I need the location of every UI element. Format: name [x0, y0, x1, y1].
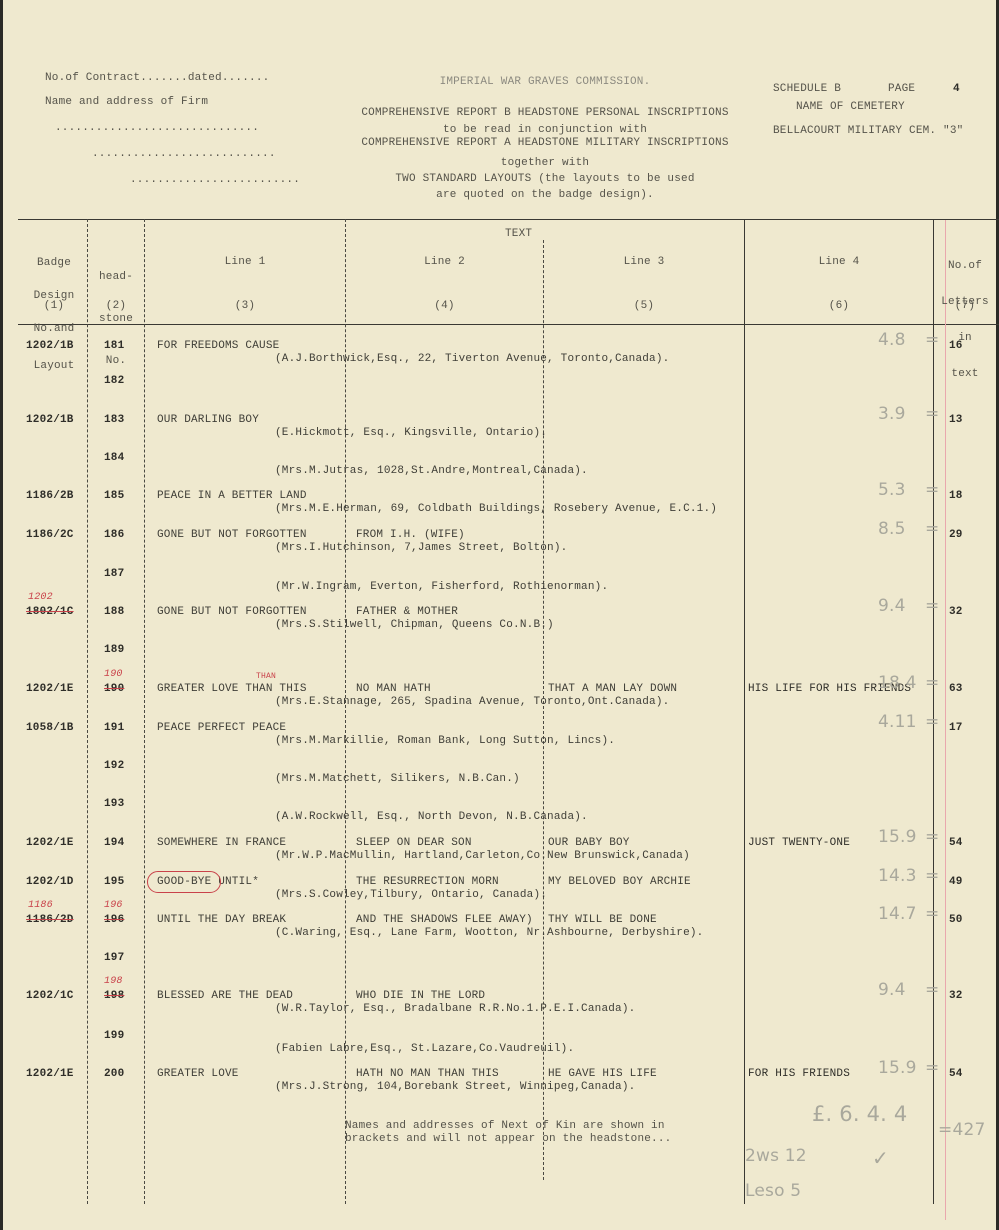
next-of-kin-cell: (Mr.W.P.MacMullin, Hartland,Carleton,Co.…: [275, 850, 690, 862]
letter-count-cell: 54: [949, 837, 963, 849]
report-line-6: are quoted on the badge design).: [330, 189, 760, 201]
line3-cell: OUR BABY BOY: [548, 837, 630, 849]
headstone-correction: 198: [104, 976, 123, 988]
letter-count-cell: 50: [949, 914, 963, 926]
next-of-kin-cell: (Mr.W.Ingram, Everton, Fisherford, Rothi…: [275, 581, 608, 593]
col-header-stone-l1: head-: [88, 270, 144, 284]
letter-count-cell: 63: [949, 683, 963, 695]
line1-cell: GONE BUT NOT FORGOTTEN: [157, 529, 307, 541]
pencil-calc: 4.8: [878, 334, 906, 346]
pencil-calc: 14.7: [878, 908, 917, 920]
pencil-equals: =: [925, 677, 939, 689]
col-header-line4: Line 4: [745, 256, 933, 268]
headstone-number-cell: 189: [104, 644, 124, 656]
line1-cell: GREATER LOVE: [157, 1068, 239, 1080]
next-of-kin-cell: (Mrs.M.Jutras, 1028,St.Andre,Montreal,Ca…: [275, 465, 588, 477]
firm-dots-2: ...........................: [92, 148, 276, 160]
pencil-calc: 18.4: [878, 677, 917, 689]
col-header-badge-l3: No.and: [20, 324, 88, 335]
pencil-calc: 15.9: [878, 1062, 917, 1074]
table-header-rule: [18, 324, 999, 325]
report-line-2: to be read in conjunction with: [330, 124, 760, 136]
badge-design-cell: 1202/1D: [26, 876, 74, 888]
table-top-rule: [18, 219, 999, 220]
headstone-number-cell: 198: [104, 990, 124, 1002]
pencil-equals: =: [925, 600, 939, 612]
next-of-kin-cell: (Mrs.S.Cowley,Tilbury, Ontario, Canada).: [275, 889, 547, 901]
total-letters: =427: [938, 1124, 986, 1136]
next-of-kin-cell: (A.J.Borthwick,Esq., 22, Tiverton Avenue…: [275, 353, 669, 365]
badge-correction: 1186: [28, 900, 53, 912]
headstone-number-cell: 192: [104, 760, 124, 772]
col-header-stone: head- stone No.: [88, 242, 144, 382]
col-header-line2: Line 2: [346, 256, 543, 268]
letter-count-cell: 32: [949, 606, 963, 618]
next-of-kin-cell: (Mrs.M.Matchett, Silikers, N.B.Can.): [275, 773, 520, 785]
line3-cell: THAT A MAN LAY DOWN: [548, 683, 677, 695]
pencil-equals: =: [925, 484, 939, 496]
col-header-badge-l4: Layout: [20, 361, 88, 372]
pencil-equals: =: [925, 1062, 939, 1074]
footnote-line-1: Names and addresses of Next of Kin are s…: [345, 1120, 665, 1132]
pencil-calc: 9.4: [878, 984, 906, 996]
col-header-letters-l4: text: [934, 368, 996, 380]
firm-dots-1: ..............................: [55, 122, 259, 134]
letter-count-cell: 54: [949, 1068, 963, 1080]
col-header-badge-num: (1): [20, 300, 88, 312]
pencil-equals: =: [925, 831, 939, 843]
headstone-number-cell: 181: [104, 340, 124, 352]
headstone-number-cell: 184: [104, 452, 124, 464]
pencil-calc: 3.9: [878, 408, 906, 420]
headstone-number-cell: 194: [104, 837, 124, 849]
col-header-line3-num: (5): [544, 300, 744, 312]
next-of-kin-cell: (Mrs.S.Stilwell, Chipman, Queens Co.N.B.…: [275, 619, 554, 631]
line1-cell: UNTIL THE DAY BREAK: [157, 914, 286, 926]
line1-cell: PEACE IN A BETTER LAND: [157, 490, 307, 502]
firm-label: Name and address of Firm: [45, 96, 208, 108]
next-of-kin-cell: (C.Waring, Esq., Lane Farm, Wootton, Nr.…: [275, 927, 703, 939]
headstone-number-cell: 188: [104, 606, 124, 618]
next-of-kin-cell: (Mrs.I.Hutchinson, 7,James Street, Bolto…: [275, 542, 567, 554]
check-mark-icon: ✓: [872, 1152, 889, 1164]
col-header-line3: Line 3: [544, 256, 744, 268]
headstone-number-cell: 191: [104, 722, 124, 734]
headstone-correction: 190: [104, 669, 123, 681]
next-of-kin-cell: (Mrs.M.Markillie, Roman Bank, Long Sutto…: [275, 735, 615, 747]
page-edge-left: [0, 0, 3, 1230]
line2-cell: FROM I.H. (WIFE): [356, 529, 465, 541]
headstone-number-cell: 195: [104, 876, 124, 888]
col-divider-2: [144, 219, 145, 1204]
line1-cell: OUR DARLING BOY: [157, 414, 259, 426]
col-header-line1-num: (3): [145, 300, 345, 312]
headstone-number-cell: 190: [104, 683, 124, 695]
contract-line: No.of Contract.......dated.......: [45, 72, 269, 84]
letter-count-cell: 17: [949, 722, 963, 734]
badge-design-cell: 1802/1C: [26, 606, 74, 618]
pencil-equals: =: [925, 984, 939, 996]
next-of-kin-cell: (W.R.Taylor, Esq., Bradalbane R.R.No.1.P…: [275, 1003, 635, 1015]
col-divider-5: [744, 219, 745, 1204]
headstone-number-cell: 200: [104, 1068, 124, 1080]
col-group-text: TEXT: [505, 228, 532, 240]
pencil-calc: 4.11: [878, 716, 917, 728]
report-line-4: together with: [330, 157, 760, 169]
next-of-kin-cell: (A.W.Rockwell, Esq., North Devon, N.B.Ca…: [275, 811, 588, 823]
badge-correction: 1202: [28, 592, 53, 604]
line1-cell: SOMEWHERE IN FRANCE: [157, 837, 286, 849]
col-header-line1: Line 1: [145, 256, 345, 268]
col-header-line4-num: (6): [745, 300, 933, 312]
pencil-total-amount: £. 6. 4. 4: [812, 1108, 908, 1120]
col-header-stone-l2: stone: [88, 312, 144, 326]
page-label: PAGE: [888, 83, 915, 95]
badge-design-cell: 1202/1B: [26, 414, 74, 426]
badge-design-cell: 1202/1E: [26, 1068, 74, 1080]
badge-design-cell: 1186/2C: [26, 529, 74, 541]
next-of-kin-cell: (Mrs.E.Stannage, 265, Spadina Avenue, To…: [275, 696, 669, 708]
line1-cell: BLESSED ARE THE DEAD: [157, 990, 293, 1002]
headstone-number-cell: 197: [104, 952, 124, 964]
badge-design-cell: 1058/1B: [26, 722, 74, 734]
line4-cell: JUST TWENTY-ONE: [748, 837, 850, 849]
page-number: 4: [953, 83, 960, 95]
next-of-kin-cell: (Fabien Labre,Esq., St.Lazare,Co.Vaudreu…: [275, 1043, 574, 1055]
badge-design-cell: 1202/1E: [26, 837, 74, 849]
col-header-badge-l1: Badge: [20, 258, 88, 269]
headstone-number-cell: 187: [104, 568, 124, 580]
letter-count-cell: 29: [949, 529, 963, 541]
next-of-kin-cell: (E.Hickmott, Esq., Kingsville, Ontario).: [275, 427, 547, 439]
pencil-equals: =: [925, 908, 939, 920]
report-line-1: COMPREHENSIVE REPORT B HEADSTONE PERSONA…: [330, 107, 760, 119]
col-header-stone-num: (2): [88, 300, 144, 312]
line1-cell: GONE BUT NOT FORGOTTEN: [157, 606, 307, 618]
firm-dots-3: .........................: [130, 174, 300, 186]
schedule-label: SCHEDULE B: [773, 83, 841, 95]
pencil-equals: =: [925, 408, 939, 420]
line4-cell: FOR HIS FRIENDS: [748, 1068, 850, 1080]
headstone-correction: 196: [104, 900, 123, 912]
headstone-number-cell: 186: [104, 529, 124, 541]
line3-cell: HE GAVE HIS LIFE: [548, 1068, 657, 1080]
line1-cell: GREATER LOVE THAN THIS: [157, 683, 307, 695]
letter-count-cell: 49: [949, 876, 963, 888]
line1-correction: THAN: [256, 671, 276, 683]
headstone-number-cell: 193: [104, 798, 124, 810]
pencil-note-2: Leso 5: [745, 1185, 801, 1197]
letter-count-cell: 32: [949, 990, 963, 1002]
line2-cell: WHO DIE IN THE LORD: [356, 990, 485, 1002]
col-header-letters-l3: in: [934, 332, 996, 344]
line2-cell: SLEEP ON DEAR SON: [356, 837, 472, 849]
pencil-equals: =: [925, 334, 939, 346]
headstone-number-cell: 183: [104, 414, 124, 426]
pencil-calc: 9.4: [878, 600, 906, 612]
line3-cell: MY BELOVED BOY ARCHIE: [548, 876, 691, 888]
line2-cell: NO MAN HATH: [356, 683, 431, 695]
line2-cell: THE RESURRECTION MORN: [356, 876, 499, 888]
pencil-equals: =: [925, 523, 939, 535]
col-header-letters: No.of Letters in text: [934, 236, 996, 392]
col-divider-4: [543, 240, 544, 1180]
cemetery-label: NAME OF CEMETERY: [796, 101, 905, 113]
col-divider-3: [345, 219, 346, 1204]
pencil-calc: 5.3: [878, 484, 906, 496]
report-line-5: TWO STANDARD LAYOUTS (the layouts to be …: [330, 173, 760, 185]
pencil-calc: 14.3: [878, 870, 917, 882]
letter-count-cell: 16: [949, 340, 963, 352]
col-header-stone-l3: No.: [88, 354, 144, 368]
headstone-number-cell: 199: [104, 1030, 124, 1042]
red-circle-annotation: [147, 871, 221, 893]
headstone-number-cell: 182: [104, 375, 124, 387]
line1-cell: FOR FREEDOMS CAUSE: [157, 340, 279, 352]
next-of-kin-cell: (Mrs.M.E.Herman, 69, Coldbath Buildings,…: [275, 503, 717, 515]
col-header-letters-l1: No.of: [934, 260, 996, 272]
pencil-calc: 15.9: [878, 831, 917, 843]
footnote-line-2: brackets and will not appear on the head…: [345, 1133, 671, 1145]
badge-design-cell: 1202/1C: [26, 990, 74, 1002]
report-line-3: COMPREHENSIVE REPORT A HEADSTONE MILITAR…: [330, 137, 760, 149]
col-header-letters-num: (7): [934, 300, 996, 312]
line2-cell: HATH NO MAN THAN THIS: [356, 1068, 499, 1080]
letter-count-cell: 18: [949, 490, 963, 502]
headstone-number-cell: 185: [104, 490, 124, 502]
badge-design-cell: 1202/1E: [26, 683, 74, 695]
pencil-calc: 8.5: [878, 523, 906, 535]
next-of-kin-cell: (Mrs.J.Strong, 104,Borebank Street, Winn…: [275, 1081, 635, 1093]
line1-cell: PEACE PERFECT PEACE: [157, 722, 286, 734]
letter-count-cell: 13: [949, 414, 963, 426]
line2-cell: FATHER & MOTHER: [356, 606, 458, 618]
pencil-equals: =: [925, 716, 939, 728]
line3-cell: THY WILL BE DONE: [548, 914, 657, 926]
headstone-number-cell: 196: [104, 914, 124, 926]
pencil-equals: =: [925, 870, 939, 882]
badge-design-cell: 1186/2D: [26, 914, 74, 926]
org-title: IMPERIAL WAR GRAVES COMMISSION.: [330, 76, 760, 88]
line2-cell: AND THE SHADOWS FLEE AWAY): [356, 914, 533, 926]
col-header-line2-num: (4): [346, 300, 543, 312]
cemetery-name: BELLACOURT MILITARY CEM. "3": [773, 125, 963, 137]
pencil-note-1: 2ws 12: [745, 1150, 807, 1162]
badge-design-cell: 1202/1B: [26, 340, 74, 352]
badge-design-cell: 1186/2B: [26, 490, 74, 502]
